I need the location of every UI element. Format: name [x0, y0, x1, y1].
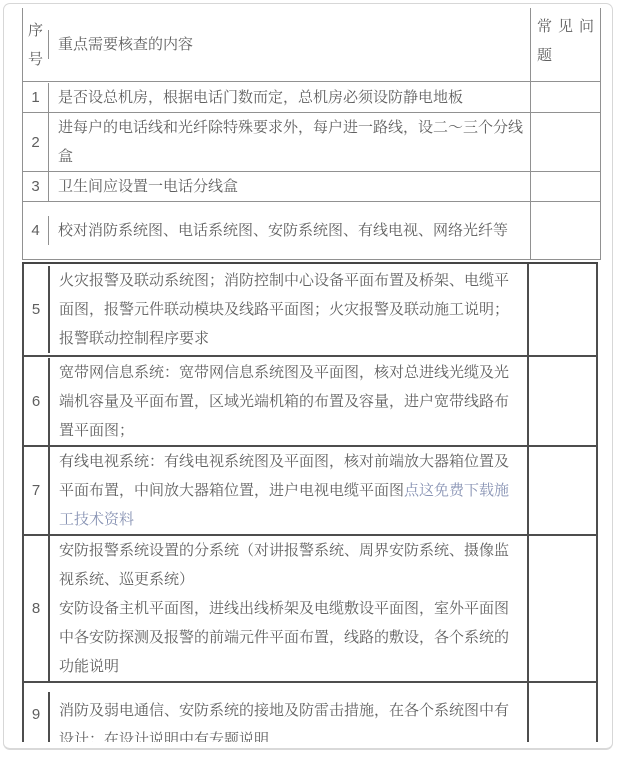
row-issues-cell [527, 357, 598, 445]
row-number-cell: 2 [22, 113, 48, 171]
table-row: 3 卫生间应设置一电话分线盒 [22, 172, 601, 202]
row-number-cell: 3 [22, 172, 48, 201]
row-number-cell: 1 [22, 82, 48, 112]
row-issues-cell [530, 172, 601, 201]
row-content-text: 宽带网信息系统：宽带网信息系统图及平面图，核对总进线光缆及光端机容量及平面布置，… [59, 358, 521, 445]
row-content-text: 是否设总机房，根据电话门数而定，总机房必须设防静电地板 [58, 83, 463, 112]
row-content-cell: 进每户的电话线和光纤除特殊要求外，每户进一路线，设二～三个分线盒 [48, 113, 530, 171]
row-content-cell: 校对消防系统图、电话系统图、安防系统图、有线电视、网络光纤等 [48, 216, 530, 245]
row-number-cell: 4 [22, 202, 48, 259]
row-number: 2 [31, 128, 39, 157]
checklist-document: 序号 重点需要核查的内容 常见问题 1 是否设总机房，根据电话门数而定，总机房必… [0, 0, 617, 758]
row-content-text: 卫生间应设置一电话分线盒 [58, 172, 238, 201]
table-row: 7 有线电视系统：有线电视系统图及平面图，核对前端放大器箱位置及平面布置，中间放… [22, 447, 598, 536]
row-content-cell: 宽带网信息系统：宽带网信息系统图及平面图，核对总进线光缆及光端机容量及平面布置，… [48, 358, 527, 445]
table-header-row: 序号 重点需要核查的内容 常见问题 [22, 8, 601, 82]
table-row: 2 进每户的电话线和光纤除特殊要求外，每户进一路线，设二～三个分线盒 [22, 113, 601, 172]
header-issues-label: 常见问题 [537, 12, 594, 70]
table-row: 1 是否设总机房，根据电话门数而定，总机房必须设防静电地板 [22, 82, 601, 113]
row-number: 9 [32, 700, 40, 729]
row-content-cell: 卫生间应设置一电话分线盒 [48, 172, 530, 201]
bottom-crop-mask [0, 742, 617, 758]
row-content-cell: 火灾报警及联动系统图；消防控制中心设备平面布置及桥架、电缆平面图，报警元件联动模… [48, 266, 527, 353]
row-number: 5 [32, 295, 40, 324]
row-number-cell: 6 [22, 357, 48, 445]
row-content-paragraph: 安防设备主机平面图，进线出线桥架及电缆敷设平面图，室外平面图中各安防探测及报警的… [59, 594, 521, 681]
header-no-cell: 序号 [22, 8, 48, 81]
row-issues-cell [527, 447, 598, 534]
row-number: 7 [32, 476, 40, 505]
header-no-label: 序号 [28, 16, 43, 74]
row-number: 6 [32, 387, 40, 416]
header-content-label: 重点需要核查的内容 [58, 30, 193, 59]
table-row: 5 火灾报警及联动系统图；消防控制中心设备平面布置及桥架、电缆平面图，报警元件联… [22, 264, 598, 357]
checklist-table-lower: 5 火灾报警及联动系统图；消防控制中心设备平面布置及桥架、电缆平面图，报警元件联… [22, 262, 598, 758]
row-number-cell: 5 [22, 264, 48, 355]
row-content-cell: 有线电视系统：有线电视系统图及平面图，核对前端放大器箱位置及平面布置，中间放大器… [48, 447, 527, 534]
table-row: 4 校对消防系统图、电话系统图、安防系统图、有线电视、网络光纤等 [22, 202, 601, 260]
row-content-text: 进每户的电话线和光纤除特殊要求外，每户进一路线，设二～三个分线盒 [58, 113, 524, 171]
row-number: 8 [32, 594, 40, 623]
table-row: 8 安防报警系统设置的分系统（对讲报警系统、周界安防系统、摄像监视系统、巡更系统… [22, 536, 598, 683]
row-content-paragraph: 安防报警系统设置的分系统（对讲报警系统、周界安防系统、摄像监视系统、巡更系统） [59, 536, 521, 594]
row-issues-cell [530, 113, 601, 171]
row-content-cell: 安防报警系统设置的分系统（对讲报警系统、周界安防系统、摄像监视系统、巡更系统） … [48, 536, 527, 681]
row-content-text: 校对消防系统图、电话系统图、安防系统图、有线电视、网络光纤等 [58, 216, 508, 245]
row-issues-cell [530, 82, 601, 112]
row-issues-cell [527, 264, 598, 355]
table-row: 6 宽带网信息系统：宽带网信息系统图及平面图，核对总进线光缆及光端机容量及平面布… [22, 357, 598, 447]
checklist-table-upper: 序号 重点需要核查的内容 常见问题 1 是否设总机房，根据电话门数而定，总机房必… [22, 8, 601, 260]
row-number: 4 [31, 216, 39, 245]
row-issues-cell [530, 202, 601, 259]
row-number-cell: 7 [22, 447, 48, 534]
row-number: 3 [31, 172, 39, 201]
row-issues-cell [527, 536, 598, 681]
row-content-text: 火灾报警及联动系统图；消防控制中心设备平面布置及桥架、电缆平面图，报警元件联动模… [59, 266, 521, 353]
header-issues-cell: 常见问题 [530, 8, 601, 81]
header-content-cell: 重点需要核查的内容 [48, 30, 530, 59]
row-number: 1 [31, 83, 39, 112]
row-number-cell: 8 [22, 536, 48, 681]
row-content-cell: 是否设总机房，根据电话门数而定，总机房必须设防静电地板 [48, 83, 530, 112]
